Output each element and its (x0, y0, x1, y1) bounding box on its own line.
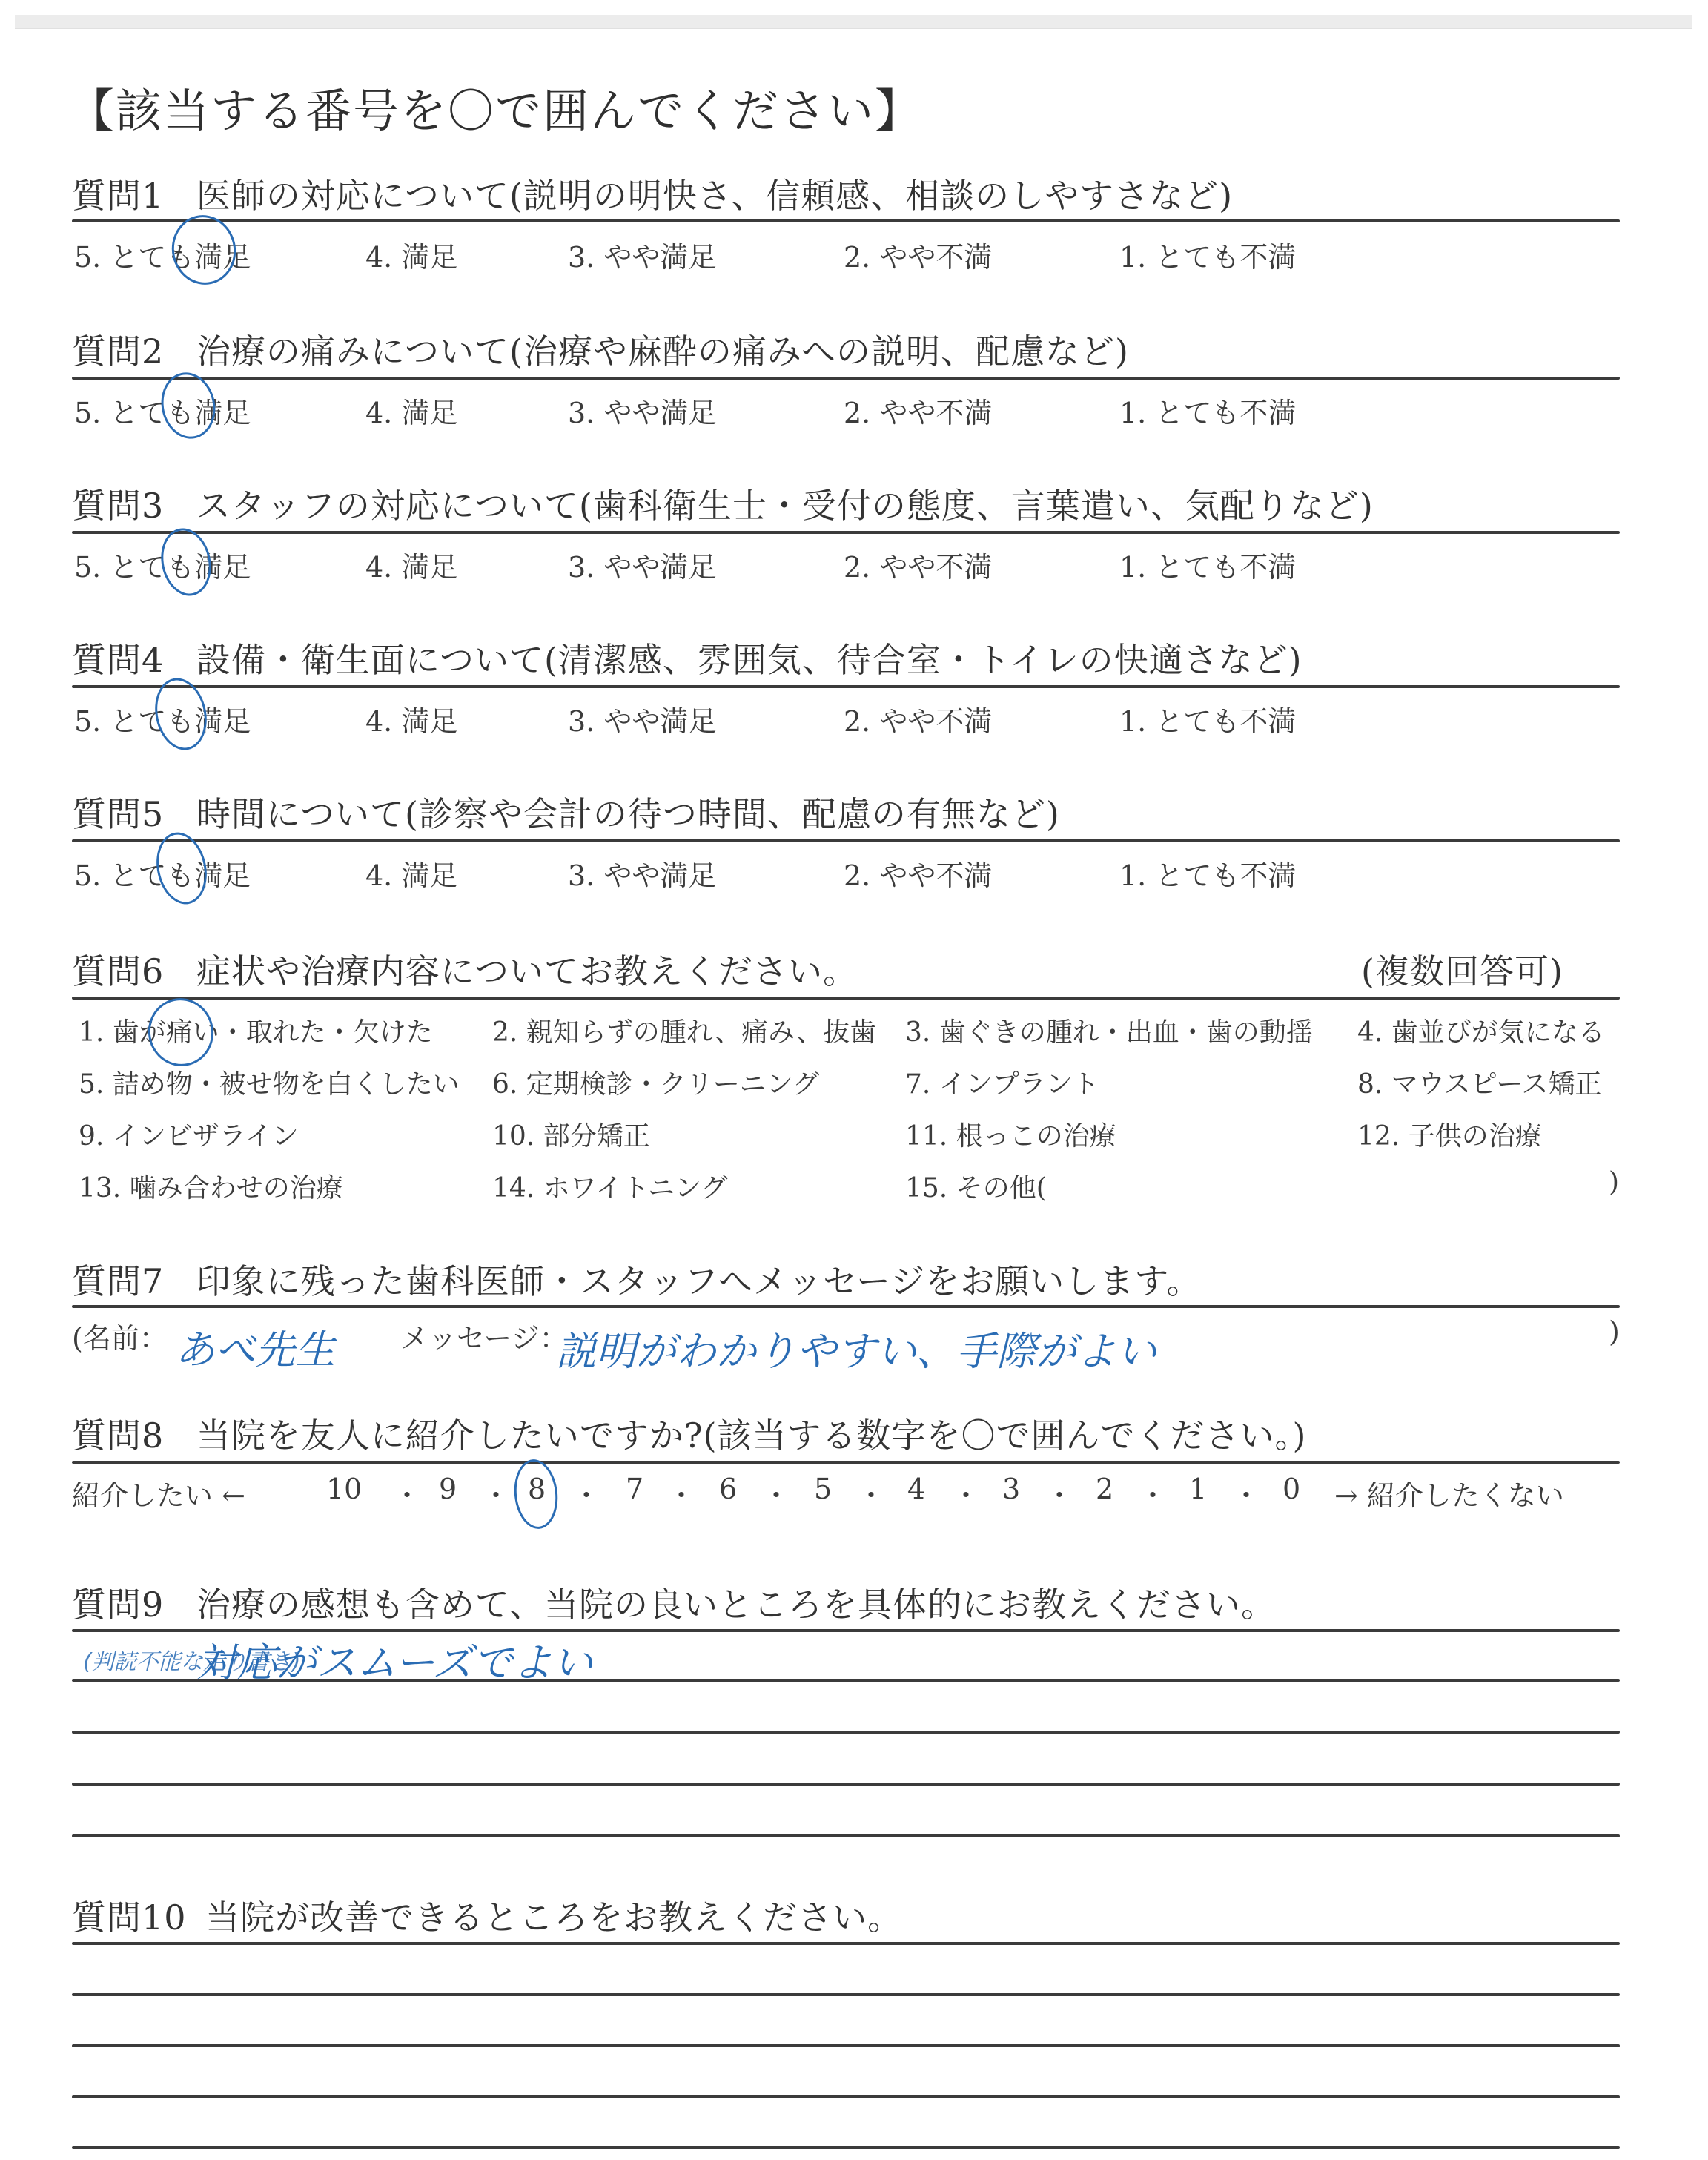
q6-option-10[interactable]: 10. 部分矯正 (492, 1115, 650, 1153)
q9-heading: 質問9 治療の感想も含めて、当院の良いところを具体的にお教えください。 (72, 1578, 1276, 1627)
q4-label: 質問4 (72, 640, 164, 680)
q10-rule-5 (72, 2146, 1620, 2149)
q4-option-4[interactable]: 4. 満足 (365, 698, 457, 739)
q4-option-3[interactable]: 3. やや満足 (568, 698, 716, 739)
q5-heading: 質問5 時間について(診察や会計の待つ時間、配慮の有無など) (72, 787, 1060, 836)
q4-rule (72, 685, 1620, 688)
q10-rule-4 (72, 2095, 1620, 2098)
q8-separator: ・ (857, 1473, 885, 1513)
q6-option-7[interactable]: 7. インプラント (905, 1063, 1099, 1101)
q5-label: 質問5 (72, 794, 164, 834)
q3-option-3[interactable]: 3. やや満足 (568, 544, 716, 585)
q2-option-2[interactable]: 2. やや不満 (844, 390, 992, 431)
q8-scale-9[interactable]: 9 (439, 1473, 457, 1505)
q2-option-1[interactable]: 1. とても不満 (1119, 390, 1296, 431)
q6-heading: 質問6 症状や治療内容についてお教えください。 (72, 945, 858, 994)
q8-separator: ・ (1232, 1473, 1260, 1513)
q2-heading: 質問2 治療の痛みについて(治療や麻酔の痛みへの説明、配慮など) (72, 325, 1129, 374)
q5-option-3[interactable]: 3. やや満足 (568, 853, 716, 894)
q3-text: スタッフの対応について(歯科衛生士・受付の態度、言葉遣い、気配りなど) (196, 486, 1374, 526)
q8-scale-4[interactable]: 4 (907, 1473, 925, 1505)
q9-label: 質問9 (72, 1585, 164, 1625)
q7-name-field[interactable]: あべ先生 (175, 1318, 335, 1375)
q7-heading: 質問7 印象に残った歯科医師・スタッフへメッセージをお願いします。 (72, 1255, 1202, 1304)
q8-separator: ・ (1139, 1473, 1167, 1513)
q10-text: 当院が改善できるところをお教えください。 (205, 1898, 902, 1938)
q4-heading: 質問4 設備・衛生面について(清潔感、雰囲気、待合室・トイレの快適さなど) (72, 633, 1302, 682)
q10-rule-2 (72, 1993, 1620, 1996)
q2-option-3[interactable]: 3. やや満足 (568, 390, 716, 431)
q10-label: 質問10 (72, 1898, 187, 1938)
q8-scale-0[interactable]: 0 (1282, 1473, 1300, 1505)
q7-rule (72, 1305, 1620, 1308)
q6-option-5[interactable]: 5. 詰め物・被せ物を白くしたい (79, 1063, 460, 1101)
q6-label: 質問6 (72, 951, 164, 991)
q2-option-4[interactable]: 4. 満足 (365, 390, 457, 431)
q3-rule (72, 531, 1620, 534)
q2-text: 治療の痛みについて(治療や麻酔の痛みへの説明、配慮など) (196, 331, 1129, 371)
q5-option-4[interactable]: 4. 満足 (365, 853, 457, 894)
q8-separator: ・ (393, 1473, 421, 1513)
q8-selection-circle (511, 1457, 561, 1531)
q1-option-1[interactable]: 1. とても不満 (1119, 234, 1296, 275)
q10-rule-1 (72, 1942, 1620, 1945)
q3-heading: 質問3 スタッフの対応について(歯科衛生士・受付の態度、言葉遣い、気配りなど) (72, 479, 1374, 528)
q6-option-11[interactable]: 11. 根っこの治療 (905, 1115, 1116, 1153)
q1-option-2[interactable]: 2. やや不満 (844, 234, 992, 275)
q8-separator: ・ (572, 1473, 600, 1513)
q7-close-paren: ) (1609, 1315, 1620, 1348)
q8-left-label: 紹介したい ← (72, 1473, 245, 1513)
q1-rule (72, 219, 1620, 222)
q6-rule (72, 997, 1620, 1000)
q5-text: 時間について(診察や会計の待つ時間、配慮の有無など) (196, 794, 1060, 834)
q8-scale-3[interactable]: 3 (1002, 1473, 1020, 1505)
q3-selection-circle (155, 524, 217, 601)
q6-option-9[interactable]: 9. インビザライン (79, 1115, 299, 1153)
q1-heading: 質問1 医師の対応について(説明の明快さ、信頼感、相談のしやすさなど) (72, 169, 1233, 218)
q6-option-13[interactable]: 13. 噛み合わせの治療 (79, 1167, 343, 1205)
q6-option-8[interactable]: 8. マウスピース矯正 (1357, 1063, 1601, 1101)
q6-option-1[interactable]: 1. 歯が痛い・取れた・欠けた (79, 1011, 433, 1049)
q8-scale-5[interactable]: 5 (814, 1473, 832, 1505)
form-title: 【該当する番号を〇で囲んでください】 (68, 74, 922, 140)
q8-separator: ・ (1045, 1473, 1073, 1513)
q1-label: 質問1 (72, 176, 164, 216)
q3-option-4[interactable]: 4. 満足 (365, 544, 457, 585)
q7-message-field[interactable]: 説明がわかりやすい、手際がよい (556, 1320, 1156, 1377)
q9-text: 治療の感想も含めて、当院の良いところを具体的にお教えください。 (196, 1585, 1276, 1625)
q6-selection-circle (142, 992, 219, 1072)
q7-text: 印象に残った歯科医師・スタッフへメッセージをお願いします。 (196, 1261, 1202, 1301)
q8-scale-2[interactable]: 2 (1096, 1473, 1113, 1505)
q4-option-2[interactable]: 2. やや不満 (844, 698, 992, 739)
q6-text: 症状や治療内容についてお教えください。 (196, 951, 858, 991)
q8-rule (72, 1461, 1620, 1464)
q3-option-1[interactable]: 1. とても不満 (1119, 544, 1296, 585)
q5-rule (72, 839, 1620, 842)
q1-option-3[interactable]: 3. やや満足 (568, 234, 716, 275)
q8-right-label: → 紹介したくない (1334, 1473, 1564, 1513)
q6-option-15[interactable]: 15. その他( (905, 1167, 1047, 1205)
q9-rule-2 (72, 1679, 1620, 1682)
q6-option-12[interactable]: 12. 子供の治療 (1357, 1115, 1542, 1153)
q7-label: 質問7 (72, 1261, 164, 1301)
q8-separator: ・ (952, 1473, 980, 1513)
q6-option-3[interactable]: 3. 歯ぐきの腫れ・出血・歯の動揺 (905, 1011, 1313, 1049)
scan-edge-strip (15, 15, 1692, 29)
q6-option-14[interactable]: 14. ホワイトニング (492, 1167, 727, 1205)
q2-rule (72, 377, 1620, 380)
q8-text: 当院を友人に紹介したいですか?(該当する数字を〇で囲んでください。) (196, 1416, 1307, 1456)
q8-heading: 質問8 当院を友人に紹介したいですか?(該当する数字を〇で囲んでください。) (72, 1409, 1306, 1458)
q1-option-4[interactable]: 4. 満足 (365, 234, 457, 275)
q1-text: 医師の対応について(説明の明快さ、信頼感、相談のしやすさなど) (196, 176, 1233, 216)
q6-option-15-close-paren: ) (1609, 1167, 1619, 1198)
q6-option-4[interactable]: 4. 歯並びが気になる (1357, 1011, 1605, 1049)
q5-option-2[interactable]: 2. やや不満 (844, 853, 992, 894)
q8-separator: ・ (762, 1473, 790, 1513)
q6-option-6[interactable]: 6. 定期検診・クリーニング (492, 1063, 819, 1101)
q6-option-2[interactable]: 2. 親知らずの腫れ、痛み、抜歯 (492, 1011, 876, 1049)
q8-scale-1[interactable]: 1 (1189, 1473, 1207, 1505)
q2-label: 質問2 (72, 331, 164, 371)
q8-label: 質問8 (72, 1416, 164, 1456)
q5-option-1[interactable]: 1. とても不満 (1119, 853, 1296, 894)
q6-multiple-answers-note: (複数回答可) (1361, 945, 1563, 994)
q9-rule-5 (72, 1834, 1620, 1837)
q9-rule-3 (72, 1731, 1620, 1734)
q10-heading: 質問10 当院が改善できるところをお教えください。 (72, 1891, 902, 1940)
q4-option-1[interactable]: 1. とても不満 (1119, 698, 1296, 739)
q8-separator: ・ (482, 1473, 510, 1513)
q8-separator: ・ (667, 1473, 695, 1513)
q9-rule-4 (72, 1783, 1620, 1786)
q7-message-label: メッセージ： (400, 1315, 568, 1356)
q8-scale-10[interactable]: 10 (326, 1473, 362, 1505)
q8-scale-6[interactable]: 6 (719, 1473, 737, 1505)
q8-scale-7[interactable]: 7 (626, 1473, 643, 1505)
q3-label: 質問3 (72, 486, 164, 526)
q10-rule-3 (72, 2044, 1620, 2047)
q4-text: 設備・衛生面について(清潔感、雰囲気、待合室・トイレの快適さなど) (196, 640, 1302, 680)
q3-option-2[interactable]: 2. やや不満 (844, 544, 992, 585)
q7-name-label: (名前： (72, 1315, 168, 1356)
